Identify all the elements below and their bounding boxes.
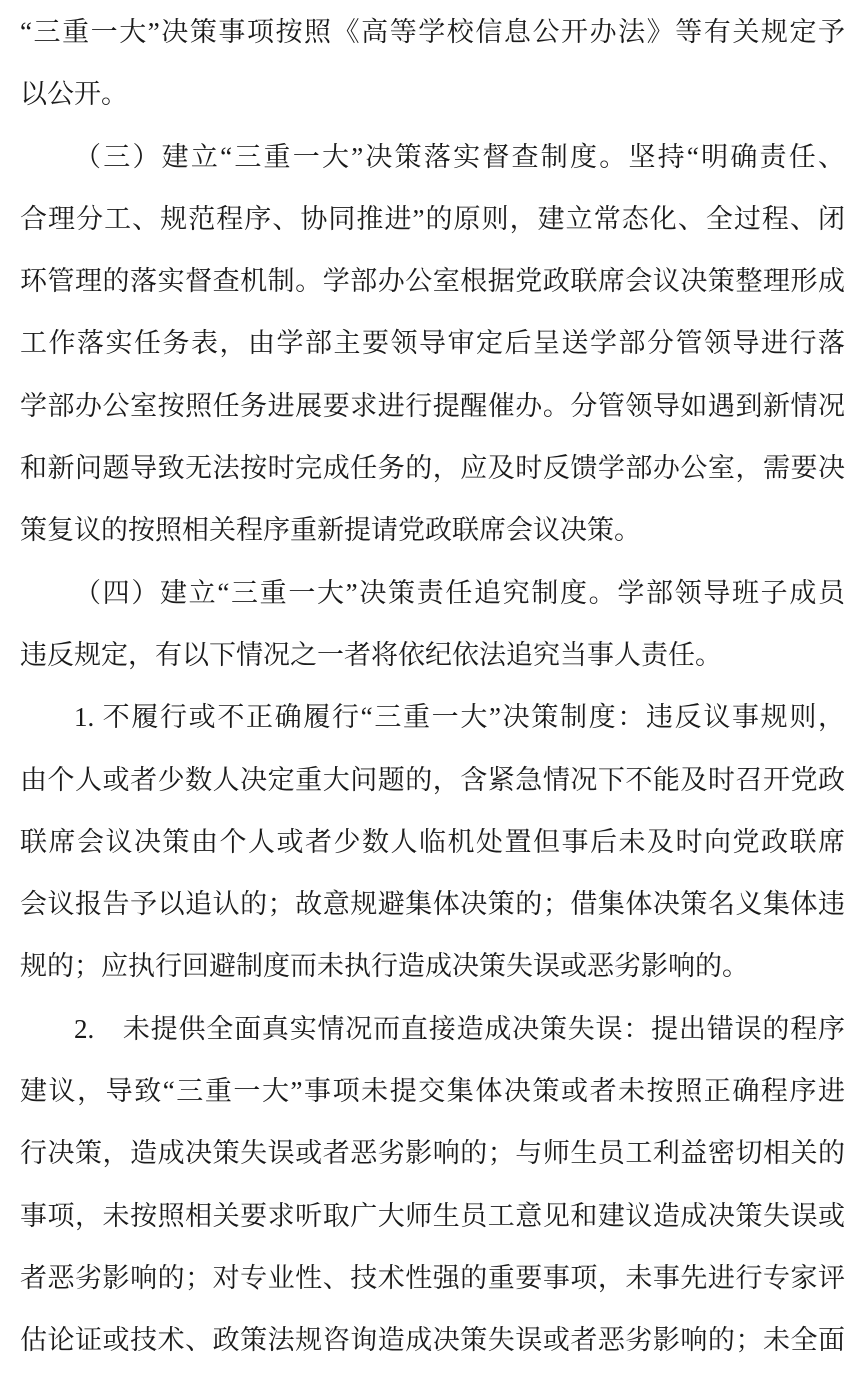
- text-line: 由个人或者少数人决定重大问题的，含紧急情况下不能及时召开党政: [20, 749, 845, 811]
- text-line: 者恶劣影响的；对专业性、技术性强的重要事项，未事先进行专家评: [20, 1247, 845, 1309]
- text-line: 会议报告予以追认的；故意规避集体决策的；借集体决策名义集体违: [20, 873, 845, 935]
- text-line: （三）建立“三重一大”决策落实督查制度。坚持“明确责任、: [20, 126, 845, 188]
- text-line: 环管理的落实督查机制。学部办公室根据党政联席会议决策整理形成: [20, 250, 845, 312]
- text-line: 工作落实任务表，由学部主要领导审定后呈送学部分管领导进行落实。: [20, 312, 845, 374]
- text-line: 建议，导致“三重一大”事项未提交集体决策或者未按照正确程序进: [20, 1060, 845, 1122]
- text-line: 学部办公室按照任务进展要求进行提醒催办。分管领导如遇到新情况: [20, 375, 845, 437]
- text-line: 和新问题导致无法按时完成任务的，应及时反馈学部办公室，需要决: [20, 437, 845, 499]
- document-page: “三重一大”决策事项按照《高等学校信息公开办法》等有关规定予以公开。（三）建立“…: [0, 0, 861, 1384]
- text-line: 以公开。: [20, 63, 845, 125]
- text-line: 估论证或技术、政策法规咨询造成决策失误或者恶劣影响的；未全面: [20, 1309, 845, 1371]
- text-line: 策复议的按照相关程序重新提请党政联席会议决策。: [20, 499, 845, 561]
- text-line: 违反规定，有以下情况之一者将依纪依法追究当事人责任。: [20, 624, 845, 686]
- text-line: 行决策，造成决策失误或者恶劣影响的；与师生员工利益密切相关的: [20, 1122, 845, 1184]
- text-line: 1. 不履行或不正确履行“三重一大”决策制度：违反议事规则，: [20, 686, 845, 748]
- text-line: 联席会议决策由个人或者少数人临机处置但事后未及时向党政联席: [20, 811, 845, 873]
- text-line: 合理分工、规范程序、协同推进”的原则，建立常态化、全过程、闭: [20, 188, 845, 250]
- text-line: （四）建立“三重一大”决策责任追究制度。学部领导班子成员: [20, 562, 845, 624]
- text-line: “三重一大”决策事项按照《高等学校信息公开办法》等有关规定予: [20, 1, 845, 63]
- text-line: 事项，未按照相关要求听取广大师生员工意见和建议造成决策失误或: [20, 1185, 845, 1247]
- text-line: 2. 未提供全面真实情况而直接造成决策失误：提出错误的程序: [20, 998, 845, 1060]
- text-line: 规的；应执行回避制度而未执行造成决策失误或恶劣影响的。: [20, 935, 845, 997]
